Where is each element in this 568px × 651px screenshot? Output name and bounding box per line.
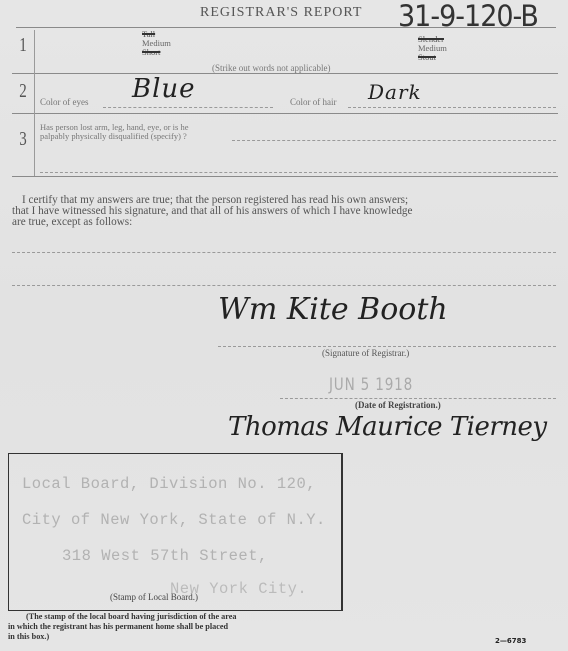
height-option-short: Short	[142, 48, 171, 57]
height-options: Tall Medium Short	[142, 30, 171, 57]
row-number-2: 2	[19, 80, 27, 103]
row-number-divider	[34, 30, 35, 176]
row3-bottom-rule	[12, 176, 558, 177]
row2-bottom-rule	[12, 113, 558, 114]
registration-date-caption: (Date of Registration.)	[355, 400, 441, 410]
build-option-stout: Stout	[418, 53, 447, 62]
disqualification-answer-line-2	[40, 172, 556, 173]
stamp-line-1: Local Board, Division No. 120,	[22, 475, 316, 493]
note-line-3: in this box.)	[8, 632, 348, 642]
registrar-report-page: REGISTRAR'S REPORT 31-9-120-B 1 Tall Med…	[0, 0, 568, 651]
form-number: 2—6783	[495, 637, 526, 645]
report-title: REGISTRAR'S REPORT	[200, 5, 362, 21]
hair-label: Color of hair	[290, 97, 337, 107]
registrant-signature: Thomas Maurice Tierney	[228, 412, 547, 442]
eyes-label: Color of eyes	[40, 97, 89, 107]
row-number-3: 3	[19, 128, 27, 151]
stamp-line-2: City of New York, State of N.Y.	[22, 511, 326, 529]
registrar-signature: Wm Kite Booth	[218, 292, 448, 327]
registrar-signature-line	[218, 346, 556, 347]
row1-bottom-rule	[12, 73, 558, 74]
note-line-2: in which the registrant has his permanen…	[8, 622, 348, 632]
disqualification-question: Has person lost arm, leg, hand, eye, or …	[40, 123, 188, 141]
eyes-value: Blue	[132, 74, 196, 104]
exceptions-line-1	[12, 252, 556, 253]
note-line-1: (The stamp of the local board having jur…	[8, 612, 348, 622]
build-options: Slender Medium Stout	[418, 35, 447, 62]
eyes-answer-line	[103, 107, 273, 108]
stamp-caption: (Stamp of Local Board.)	[110, 592, 198, 602]
table-top-rule	[16, 27, 556, 28]
registration-date-line	[280, 398, 556, 399]
hair-value: Dark	[368, 80, 422, 104]
registration-date: JUN 5 1918	[329, 375, 413, 395]
question-line-2: palpably physically disqualified (specif…	[40, 132, 188, 141]
certification-text: I certify that my answers are true; that…	[12, 195, 557, 228]
strike-out-instruction: (Strike out words not applicable)	[212, 63, 330, 73]
serial-number: 31-9-120-B	[398, 0, 538, 34]
row-number-1: 1	[19, 34, 27, 57]
hair-answer-line	[348, 107, 556, 108]
disqualification-answer-line	[232, 140, 556, 141]
registrar-signature-caption: (Signature of Registrar.)	[322, 348, 409, 358]
stamp-line-3: 318 West 57th Street,	[62, 547, 268, 565]
certification-line-3: are true, except as follows:	[12, 217, 557, 228]
exceptions-line-2	[12, 285, 556, 286]
stamp-instructions-note: (The stamp of the local board having jur…	[8, 612, 348, 642]
